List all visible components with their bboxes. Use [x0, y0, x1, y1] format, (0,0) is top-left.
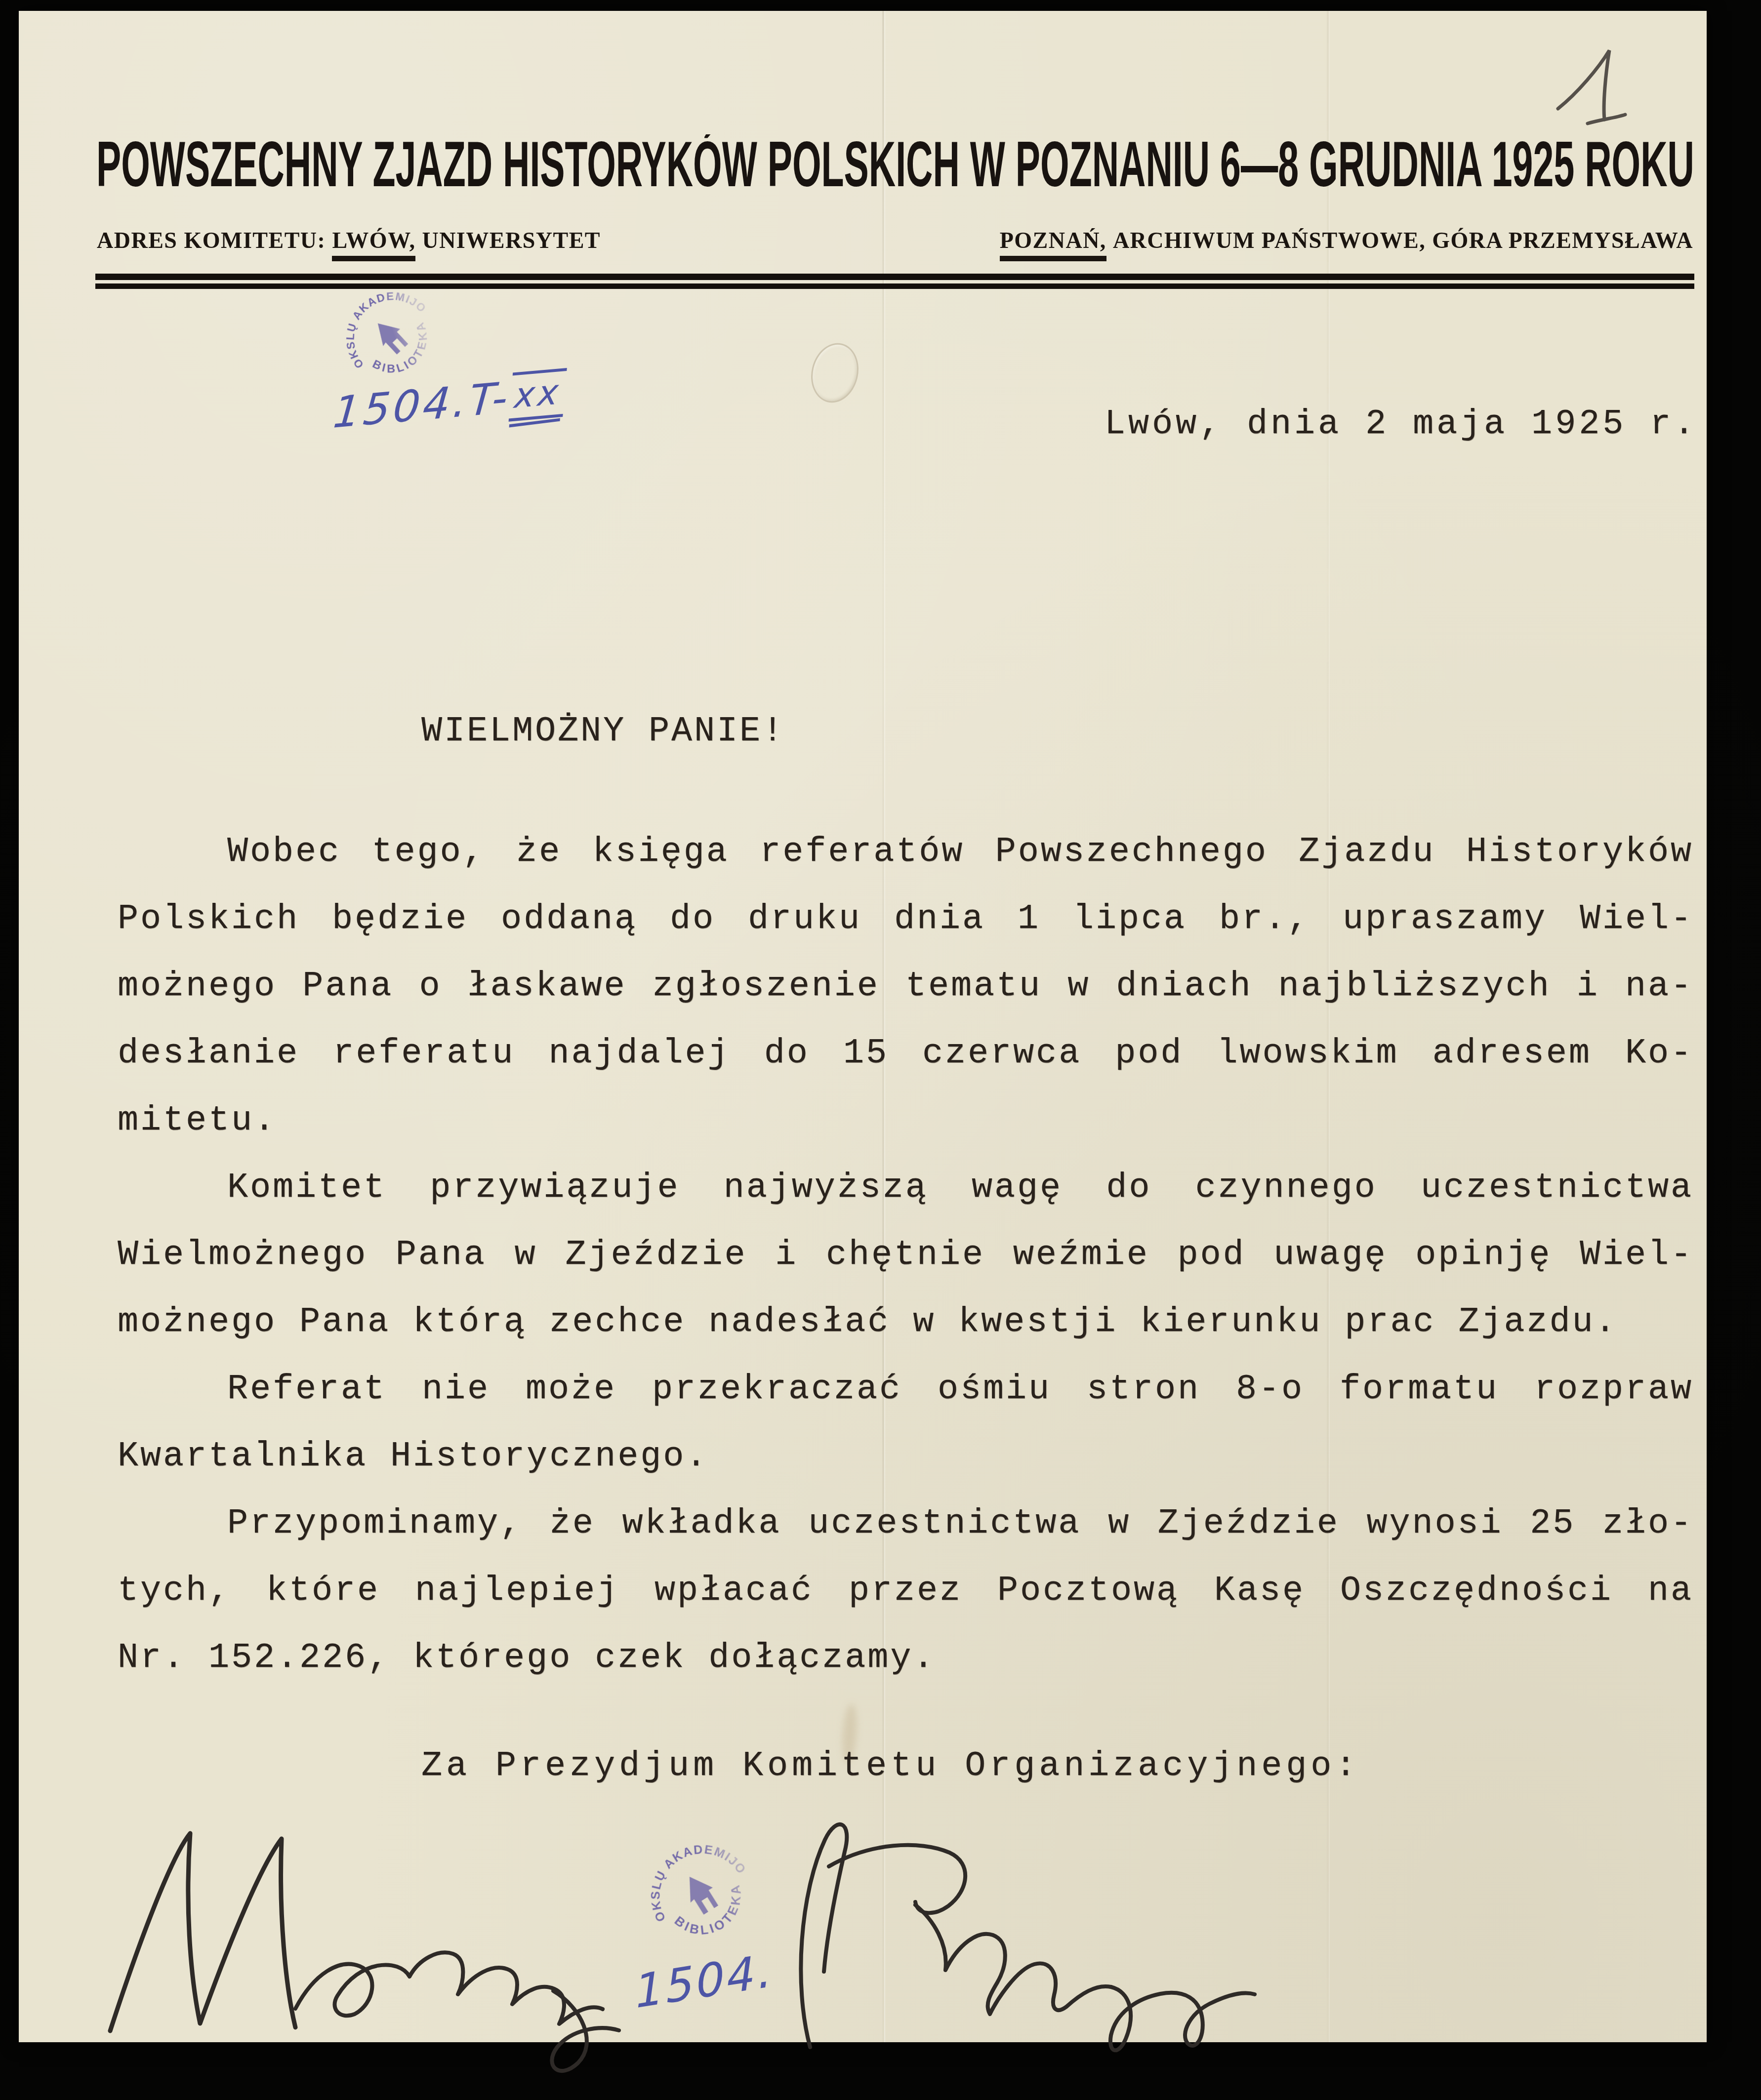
committee-address-rest: UNIWERSYTET	[422, 228, 601, 253]
congress-address-city: POZNAŃ,	[1000, 227, 1106, 261]
congress-address-rest: ARCHIWUM PAŃSTWOWE, GÓRA PRZEMYSŁAWA	[1113, 228, 1693, 253]
masthead-title: POWSZECHNY ZJAZD HISTORYKÓW POLSKICH W P…	[96, 134, 1694, 200]
body-line: Wielmożnego Pana w Zjeździe i chętnie we…	[118, 1222, 1693, 1289]
closing-line: Za Prezydjum Komitetu Organizacyjnego:	[421, 1747, 1360, 1786]
body-line: Polskich będzie oddaną do druku dnia 1 l…	[118, 886, 1693, 953]
blind-emboss-mark	[805, 338, 865, 407]
body-line: możnego Pana o łaskawe zgłoszenie tematu…	[118, 953, 1693, 1020]
body-line: tych, które najlepiej wpłacać przez Pocz…	[118, 1558, 1693, 1625]
scanned-letter-page: POWSZECHNY ZJAZD HISTORYKÓW POLSKICH W P…	[0, 0, 1761, 2100]
body-line: desłanie referatu najdalej do 15 czerwca…	[118, 1020, 1693, 1088]
body-line: Przypominamy, że wkładka uczestnictwa w …	[118, 1491, 1693, 1558]
body-line: możnego Pana którą zechce nadesłać w kwe…	[118, 1289, 1693, 1356]
body-line: Nr. 152.226, którego czek dołączamy.	[118, 1625, 1693, 1692]
letter-body: Wobec tego, że księga referatów Powszech…	[118, 819, 1693, 1692]
salutation: WIELMOŻNY PANIE!	[421, 712, 785, 751]
committee-address-label: ADRES KOMITETU:	[97, 228, 326, 253]
catalog-number-top-unit: xx	[508, 368, 567, 422]
signature-left	[83, 1796, 636, 2073]
congress-address: POZNAŃ, ARCHIWUM PAŃSTWOWE, GÓRA PRZEMYS…	[1000, 227, 1693, 261]
committee-address: ADRES KOMITETU: LWÓW, UNIWERSYTET	[97, 227, 601, 261]
stamp-tower-emblem-icon	[679, 1869, 723, 1917]
body-line: Komitet przywiązuje najwyższą wagę do cz…	[118, 1155, 1693, 1222]
body-line: Kwartalnika Historycznego.	[118, 1423, 1693, 1491]
stamp-tower-emblem-icon	[369, 315, 411, 357]
rule-top	[95, 274, 1694, 280]
body-line: Referat nie może przekraczać ośmiu stron…	[118, 1356, 1693, 1423]
catalog-number-top-prefix: 1504.T-	[331, 373, 513, 438]
body-line: Wobec tego, że księga referatów Powszech…	[118, 819, 1693, 886]
dateline: Lwów, dnia 2 maja 1925 r.	[1105, 405, 1697, 444]
rule-bottom	[95, 283, 1694, 289]
signature-right	[740, 1806, 1273, 2063]
letter-paper: POWSZECHNY ZJAZD HISTORYKÓW POLSKICH W P…	[19, 11, 1707, 2042]
committee-address-city: LWÓW,	[332, 227, 415, 261]
handwritten-page-number	[1550, 44, 1639, 133]
masthead-double-rule	[95, 274, 1694, 289]
body-line: mitetu.	[118, 1088, 1693, 1155]
masthead-address-row: ADRES KOMITETU: LWÓW, UNIWERSYTET POZNAŃ…	[97, 227, 1693, 261]
masthead-title-block: POWSZECHNY ZJAZD HISTORYKÓW POLSKICH W P…	[95, 134, 1698, 208]
